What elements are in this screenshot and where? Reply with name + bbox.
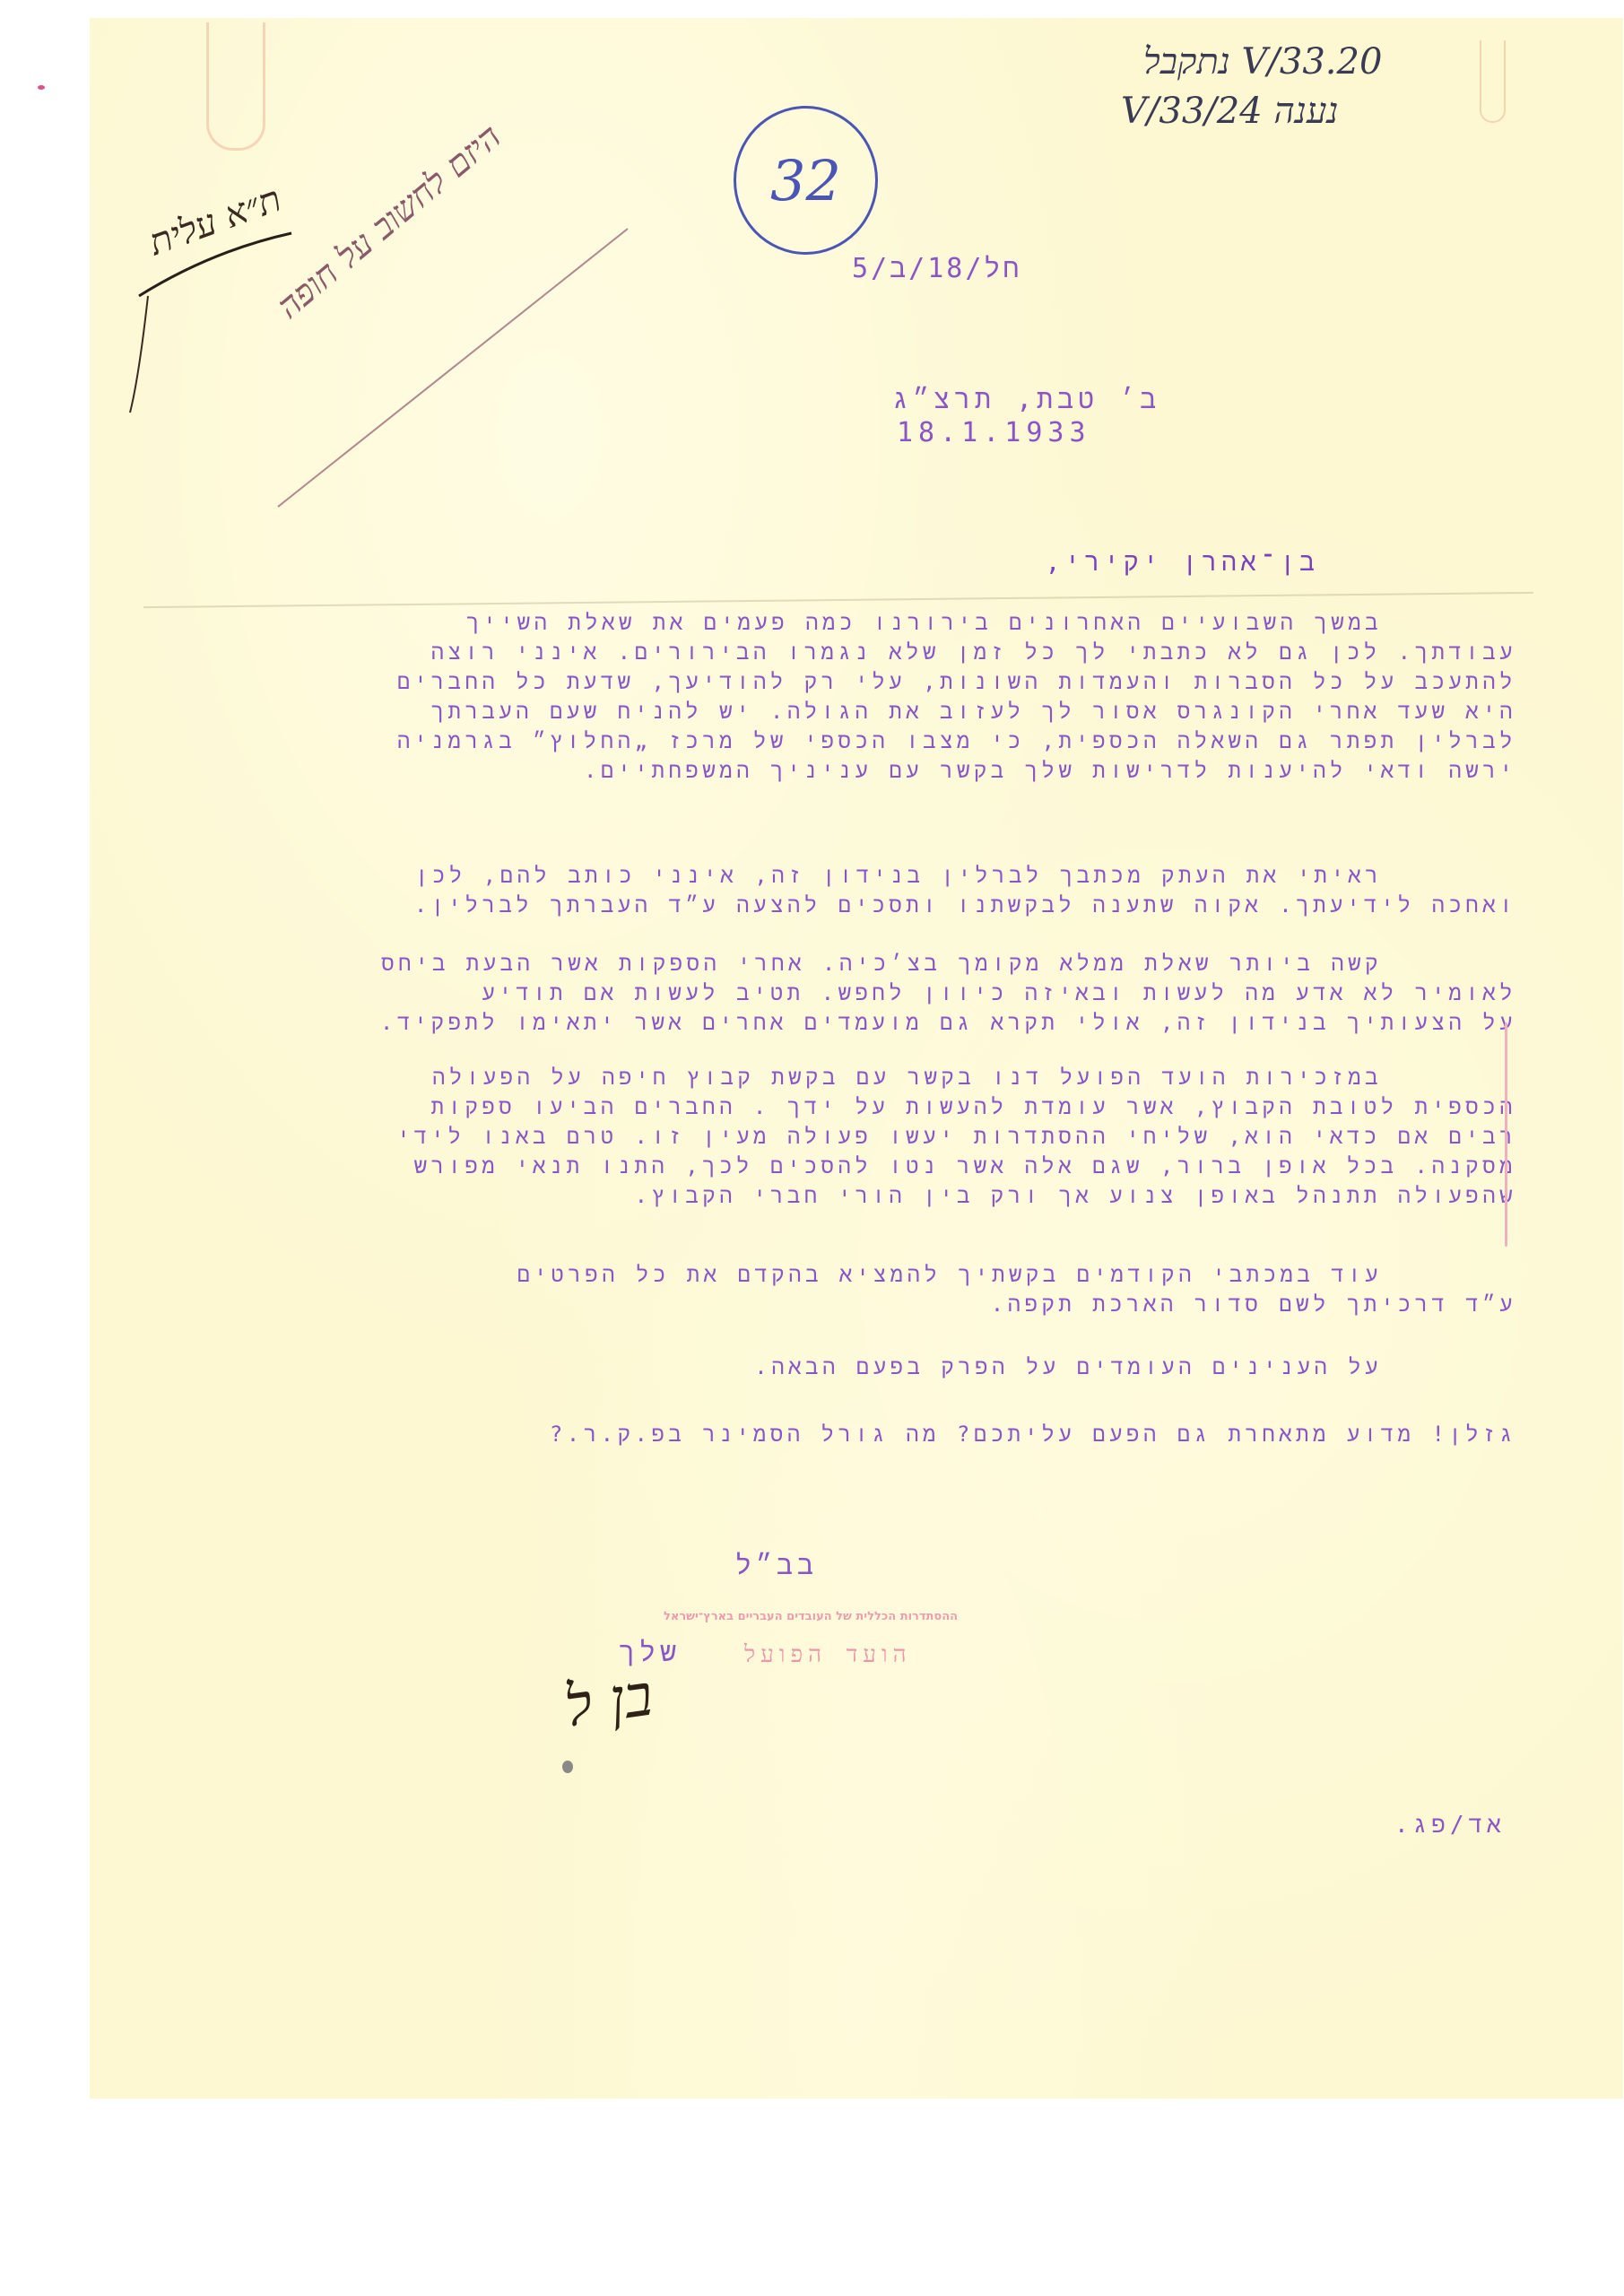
body-line: ואחכה לידיעתך. אקוה שתענה לבקשתנו ותסכים…	[153, 891, 1516, 920]
organization-stamp-header: ההסתדרות הכללית של העובדים העבריים בארץ־…	[664, 1610, 958, 1623]
margin-mark	[1505, 1022, 1507, 1247]
paragraph-next-time: על הענינים העומדים על הפרק בפעם הבאה.	[153, 1352, 1516, 1382]
body-line: הכספית לטובת הקבוץ, אשר עומדת להעשות על …	[153, 1092, 1516, 1122]
typist-initials: אד/פג.	[1394, 1812, 1506, 1839]
body-line: ע״ד דרכיתך לשם סדור הארכת תקפה.	[153, 1290, 1516, 1319]
body-line: לאומיר לא אדע מה לעשות ובאיזה כיוון לחפש…	[153, 978, 1516, 1008]
handwritten-answered-note: נענה 24/V/33	[1121, 90, 1338, 132]
paragraph-kibbutz-haifa: במזכירות הועד הפועל דנו בקשר עם בקשת קבו…	[153, 1063, 1516, 1211]
ink-blot	[562, 1761, 573, 1773]
body-line: ראיתי את העתק מכתבך לברלין בנידון זה, אי…	[153, 861, 1516, 891]
body-line: עבודתך. לכן גם לא כתבתי לך כל זמן שלא נג…	[153, 638, 1516, 667]
body-line: עוד במכתבי הקודמים בקשתיך להמציא בהקדם א…	[153, 1260, 1516, 1290]
paragraph-replacement: קשה ביותר שאלת ממלא מקומך בצ׳כיה. אחרי ה…	[153, 949, 1516, 1038]
circled-page-number: 32	[734, 106, 878, 255]
crossed-note-strokes	[121, 224, 300, 422]
body-line: על הצעותיך בנידון זה, אולי תקרא גם מועמד…	[153, 1008, 1516, 1038]
body-line: שהפעולה תתנהל באופן צנוע אך ורק בין הורי…	[153, 1181, 1516, 1211]
paragraph-passport: עוד במכתבי הקודמים בקשתיך להמציא בהקדם א…	[153, 1260, 1516, 1319]
hebrew-date: ב׳ טבת, תרצ״ג	[892, 384, 1160, 417]
salutation: בן־אהרן יקירי,	[1046, 547, 1319, 578]
body-line: במזכירות הועד הפועל דנו בקשר עם בקשת קבו…	[153, 1063, 1516, 1092]
paper-clip-stain	[206, 22, 265, 151]
paragraph-berlin-letter: ראיתי את העתק מכתבך לברלין בנידון זה, אי…	[153, 861, 1516, 920]
body-line: על הענינים העומדים על הפרק בפעם הבאה.	[153, 1352, 1516, 1382]
reference-code: חל/18/ב/5	[852, 253, 1021, 286]
gregorian-date: 18.1.1933	[897, 417, 1091, 448]
body-line: היא שעד אחרי הקונגרס אסור לך לעזוב את הג…	[153, 697, 1516, 726]
organization-stamp-title: הועד הפועל	[744, 1641, 912, 1668]
body-line: קשה ביותר שאלת ממלא מקומך בצ׳כיה. אחרי ה…	[153, 949, 1516, 978]
ink-spot	[38, 85, 45, 90]
body-line: רבים אם כדאי הוא, שליחי ההסתדרות יעשו פע…	[153, 1122, 1516, 1152]
paragraph-transfer: במשך השבועיים האחרונים בירורנו כמה פעמים…	[153, 608, 1516, 786]
body-line: לברלין תפתר גם השאלה הכספית, כי מצבו הכס…	[153, 726, 1516, 756]
body-line: להתעכב על כל הסברות והעמדות השונות, עלי …	[153, 667, 1516, 697]
handwritten-received-note: 20.V/33 נתקבל	[1143, 40, 1382, 83]
body-line: במשך השבועיים האחרונים בירורנו כמה פעמים…	[153, 608, 1516, 638]
diagonal-underline	[269, 220, 646, 516]
closing-salutation: בב״ל	[735, 1550, 818, 1583]
paragraph-postscript: גזלן! מדוע מתאחרת גם הפעם עליתכם? מה גור…	[153, 1420, 1516, 1449]
signature: בן ל	[560, 1663, 656, 1741]
body-line: מסקנה. בכל אופן ברור, שגם אלה אשר נטו לה…	[153, 1152, 1516, 1181]
page-number: 32	[770, 148, 841, 213]
body-line: גזלן! מדוע מתאחרת גם הפעם עליתכם? מה גור…	[153, 1420, 1516, 1449]
body-line: ירשה ודאי להיענות לדרישות שלך בקשר עם ענ…	[153, 756, 1516, 786]
paper-clip-stain-right	[1480, 40, 1506, 123]
